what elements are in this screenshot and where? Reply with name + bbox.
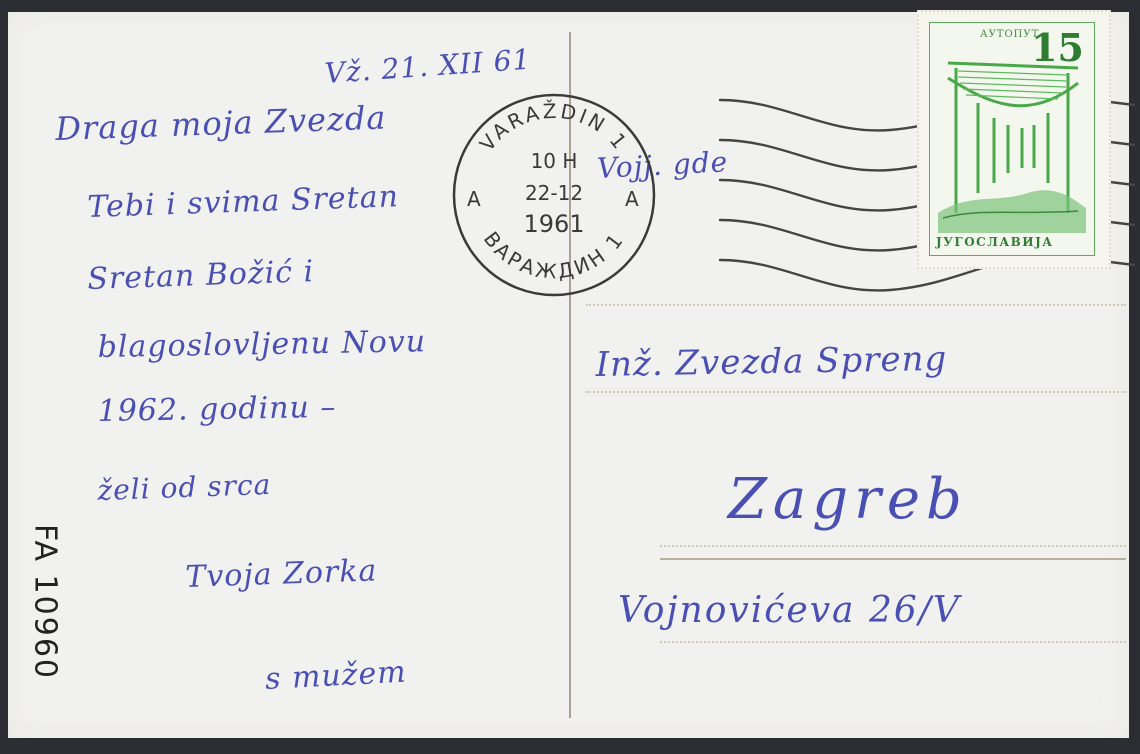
- recipient-name: Inž. Zvezda Spreng: [595, 339, 947, 385]
- recipient-street: Vojnovićeva 26/V: [618, 590, 961, 631]
- stamp-value: 15: [1031, 25, 1084, 70]
- postmark-hour: 10 H: [531, 149, 578, 173]
- stamp-country: ЈУГОСЛАВИЈА: [936, 235, 1054, 249]
- message-line-4: blagoslovljenu Novu: [97, 324, 426, 365]
- message-line-2: Tebi i svima Sretan: [87, 179, 400, 225]
- postmark: VARAŽDIN 1 ВАРАЖДИН 1 10 H 22-12 1961 A …: [447, 88, 661, 302]
- message-line-6: želi od srca: [97, 468, 272, 507]
- address-line-2: [586, 391, 1126, 393]
- postmark-year: 1961: [523, 210, 584, 238]
- postage-stamp: АУТОПУТ 15 ЈУГОСЛАВИЈА: [929, 22, 1095, 256]
- postmark-left-letter: A: [467, 187, 481, 211]
- message-date: Vž. 21. XII 61: [324, 43, 533, 90]
- address-line-3: [660, 545, 1126, 547]
- svg-text:VARAŽDIN 1: VARAŽDIN 1: [475, 99, 634, 156]
- postmark-right-letter: A: [625, 187, 639, 211]
- recipient-city: Zagreb: [728, 467, 968, 532]
- postmark-date: 22-12: [525, 181, 583, 205]
- message-line-3: Sretan Božić i: [87, 254, 315, 297]
- highway-overpass-illustration: [938, 43, 1086, 233]
- postmark-top-arc: VARAŽDIN 1: [475, 99, 634, 156]
- archive-number: FA 10960: [28, 482, 62, 722]
- message-line-8: s mužem: [264, 655, 407, 697]
- address-line-4: [660, 641, 1126, 643]
- message-signature: Tvoja Zorka: [185, 553, 378, 595]
- address-line-solid: [660, 558, 1126, 560]
- message-line-5: 1962. godinu –: [97, 390, 336, 429]
- message-line-1: Draga moja Zvezda: [55, 98, 387, 148]
